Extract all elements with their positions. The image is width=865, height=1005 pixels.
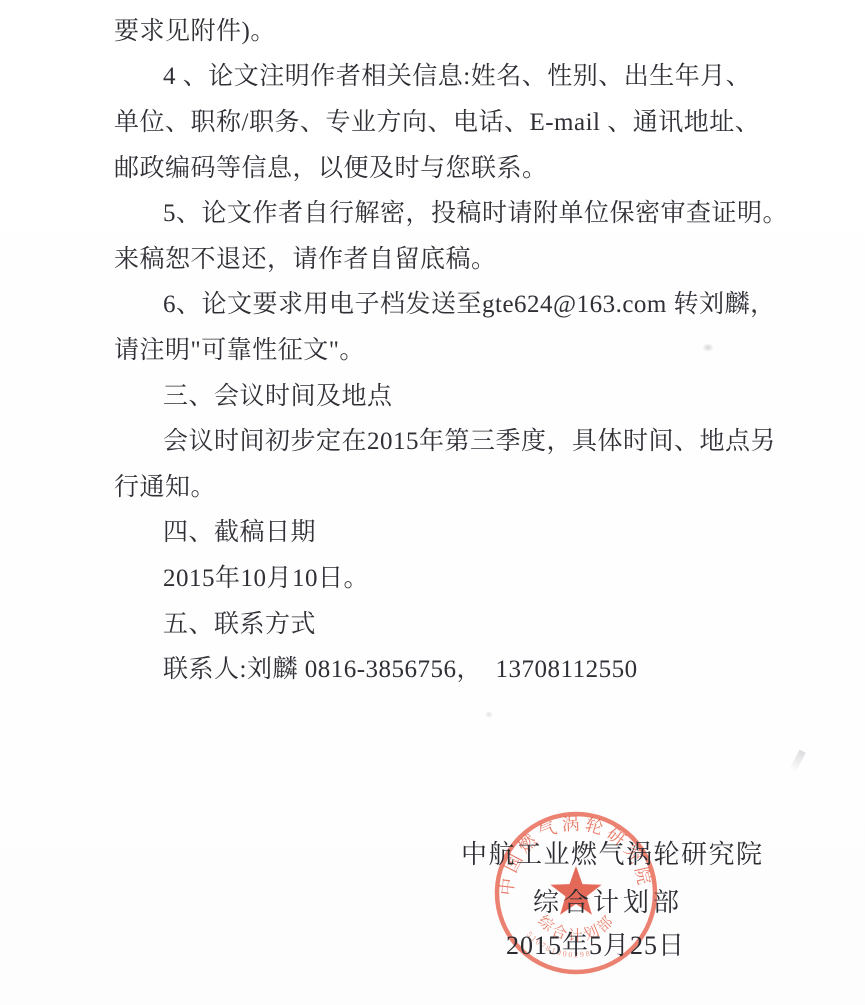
line-text: 四、截稿日期 [163, 512, 316, 548]
line-text: 请注明"可靠性征文"。 [114, 330, 365, 366]
paragraph-line: 邮政编码等信息，以便及时与您联系。 [0, 143, 865, 189]
line-text: 单位、职称/职务、专业方向、电话、E-mail 、通讯地址、 [114, 102, 760, 138]
line-text: 6、论文要求用电子档发送至gte624@163.com 转刘麟， [163, 284, 776, 320]
section-heading: 五、联系方式 [0, 599, 865, 645]
line-text: 会议时间初步定在2015年第三季度，具体时间、地点另 [163, 421, 776, 457]
paragraph-line: 请注明"可靠性征文"。 [0, 325, 865, 371]
line-text: 行通知。 [114, 467, 216, 503]
paragraph-line: 5、论文作者自行解密，投稿时请附单位保密审查证明。 [0, 188, 865, 234]
paragraph-line: 6、论文要求用电子档发送至gte624@163.com 转刘麟， [0, 280, 865, 326]
line-text: 要求见附件)。 [114, 11, 276, 47]
paragraph-line: 2015年10月10日。 [0, 553, 865, 599]
line-text: 5、论文作者自行解密，投稿时请附单位保密审查证明。 [163, 193, 788, 229]
scan-artifact [789, 750, 806, 773]
line-text: 五、联系方式 [163, 604, 316, 640]
paragraph-line: 来稿恕不退还，请作者自留底稿。 [0, 234, 865, 280]
institute-name: 中航工业燃气涡轮研究院 [461, 834, 764, 871]
section-heading: 三、会议时间及地点 [0, 371, 865, 417]
line-text: 4 、论文注明作者相关信息:姓名、性别、出生年月、 [163, 56, 751, 92]
scan-artifact [485, 711, 493, 718]
line-text: 2015年10月10日。 [163, 558, 369, 594]
line-text: 来稿恕不退还，请作者自留底稿。 [114, 239, 497, 275]
paragraph-line: 行通知。 [0, 462, 865, 508]
contact-line: 联系人:刘麟 0816-3856756， 13708112550 [0, 644, 865, 690]
signature-date: 2015年5月25日 [506, 925, 685, 962]
line-text: 联系人:刘麟 0816-3856756， 13708112550 [163, 649, 638, 685]
paragraph-line: 单位、职称/职务、专业方向、电话、E-mail 、通讯地址、 [0, 97, 865, 143]
department-name: 综合计划部 [533, 882, 683, 919]
document-body: 要求见附件)。 4 、论文注明作者相关信息:姓名、性别、出生年月、 单位、职称/… [0, 6, 865, 690]
paragraph-line: 会议时间初步定在2015年第三季度，具体时间、地点另 [0, 416, 865, 462]
scanned-document-page: 中国燃气涡轮研究院 综合计划部 510781000298 要求见附件)。 4 、… [0, 0, 865, 1005]
section-heading: 四、截稿日期 [0, 508, 865, 554]
line-text: 邮政编码等信息，以便及时与您联系。 [114, 148, 548, 184]
paragraph-line: 4 、论文注明作者相关信息:姓名、性别、出生年月、 [0, 52, 865, 98]
paragraph-line: 要求见附件)。 [0, 6, 865, 52]
line-text: 三、会议时间及地点 [163, 376, 393, 412]
